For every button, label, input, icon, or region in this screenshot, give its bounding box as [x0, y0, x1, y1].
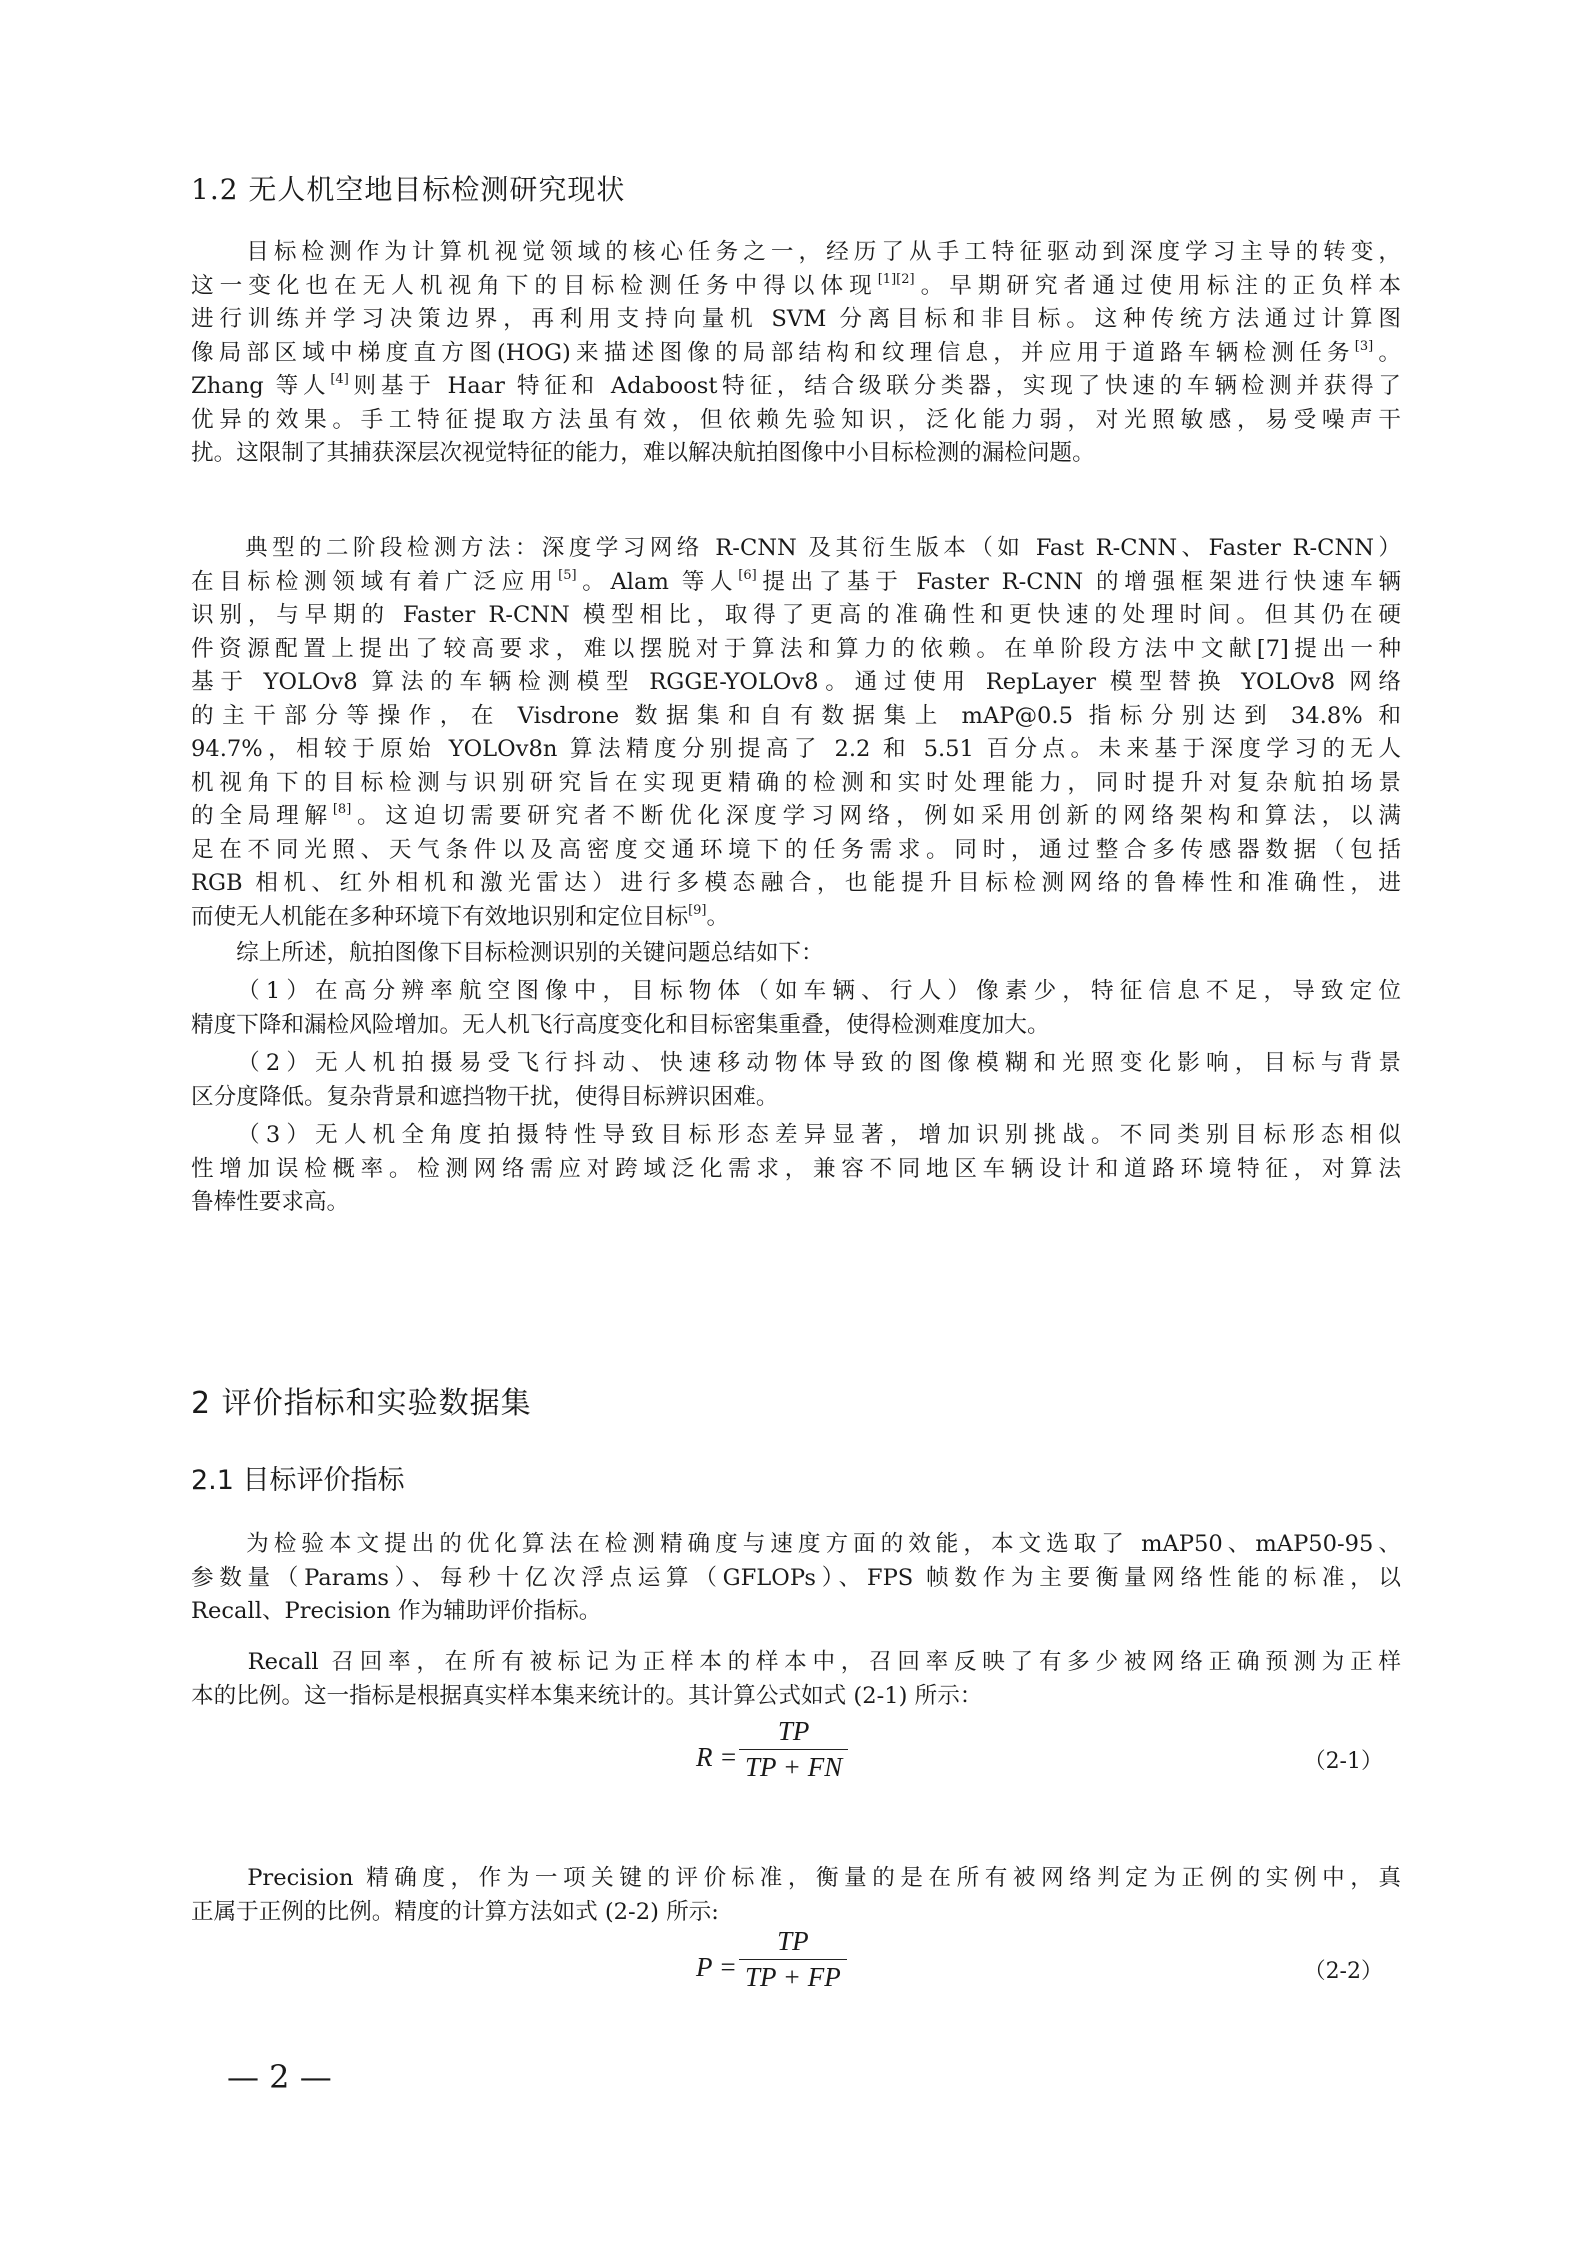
- equation-recall: R = TP TP + FN （2-1）: [191, 1716, 1401, 1806]
- text-line: 像局部区域中梯度直方图(HOG)来描述图像的局部结构和纹理信息，并应用于道路车辆…: [191, 337, 1401, 371]
- text-line: 扰。这限制了其捕获深层次视觉特征的能力，难以解决航拍图像中小目标检测的漏检问题。: [191, 437, 1401, 471]
- text-line: 机视角下的目标检测与识别研究旨在实现更精确的检测和实时处理能力，同时提升对复杂航…: [191, 767, 1401, 801]
- numerator: TP: [739, 1716, 848, 1747]
- list-item-1: （1）在高分辨率航空图像中，目标物体（如车辆、行人）像素少，特征信息不足，导致定…: [191, 975, 1401, 1042]
- text-line: （2）无人机拍摄易受飞行抖动、快速移动物体导致的图像模糊和光照变化影响，目标与背…: [191, 1047, 1401, 1081]
- citation: [1][2]: [878, 272, 915, 287]
- section-heading-1-2: 1.2 无人机空地目标检测研究现状: [191, 168, 625, 208]
- text-line: 的全局理解[8]。这迫切需要研究者不断优化深度学习网络，例如采用创新的网络架构和…: [191, 800, 1401, 834]
- paragraph-recall: Recall 召回率，在所有被标记为正样本的样本中，召回率反映了有多少被网络正确…: [191, 1646, 1401, 1713]
- text-line: 的主干部分等操作，在 Visdrone 数据集和自有数据集上 mAP@0.5 指…: [191, 700, 1401, 734]
- text-line: 参数量（Params）、每秒十亿次浮点运算（GFLOPs）、FPS 帧数作为主要…: [191, 1562, 1401, 1596]
- page-number: — 2 —: [227, 2058, 332, 2096]
- text-line: 典型的二阶段检测方法：深度学习网络 R-CNN 及其衍生版本（如 Fast R-…: [191, 532, 1401, 566]
- paragraph-two-stage: 典型的二阶段检测方法：深度学习网络 R-CNN 及其衍生版本（如 Fast R-…: [191, 532, 1401, 934]
- citation: [5]: [558, 568, 576, 583]
- text-line: 综上所述，航拍图像下目标检测识别的关键问题总结如下：: [191, 937, 1401, 971]
- text-line: 而使无人机能在多种环境下有效地识别和定位目标[9]。: [191, 901, 1401, 935]
- text-line: 基于 YOLOv8 算法的车辆检测模型 RGGE-YOLOv8。通过使用 Rep…: [191, 666, 1401, 700]
- text-line: Zhang 等人[4]则基于 Haar 特征和 Adaboost特征，结合级联分…: [191, 370, 1401, 404]
- text-line: Precision 精确度，作为一项关键的评价标准，衡量的是在所有被网络判定为正…: [191, 1862, 1401, 1896]
- fraction-bar: [739, 1749, 848, 1750]
- equation-number: （2-2）: [1304, 1954, 1383, 1985]
- text-line: 识别，与早期的 Faster R-CNN 模型相比，取得了更高的准确性和更快速的…: [191, 599, 1401, 633]
- text-line: 正属于正例的比例。精度的计算方法如式 (2-2) 所示:: [191, 1896, 1401, 1930]
- text-line: 这一变化也在无人机视角下的目标检测任务中得以体现[1][2]。早期研究者通过使用…: [191, 270, 1401, 304]
- citation: [3]: [1355, 339, 1373, 354]
- text-line: 目标检测作为计算机视觉领域的核心任务之一，经历了从手工特征驱动到深度学习主导的转…: [191, 236, 1401, 270]
- text-line: 精度下降和漏检风险增加。无人机飞行高度变化和目标密集重叠，使得检测难度加大。: [191, 1009, 1401, 1043]
- text-line: Recall 召回率，在所有被标记为正样本的样本中，召回率反映了有多少被网络正确…: [191, 1646, 1401, 1680]
- text-line: 件资源配置上提出了较高要求，难以摆脱对于算法和算力的依赖。在单阶段方法中文献[7…: [191, 633, 1401, 667]
- fraction-bar: [739, 1959, 847, 1960]
- numerator: TP: [739, 1926, 847, 1957]
- paragraph-summary-lead: 综上所述，航拍图像下目标检测识别的关键问题总结如下：: [191, 937, 1401, 971]
- citation: [6]: [738, 568, 756, 583]
- text-line: 优异的效果。手工特征提取方法虽有效，但依赖先验知识，泛化能力弱，对光照敏感，易受…: [191, 404, 1401, 438]
- list-item-3: （3）无人机全角度拍摄特性导致目标形态差异显著，增加识别挑战。不同类别目标形态相…: [191, 1119, 1401, 1220]
- fraction: TP TP + FN: [739, 1716, 848, 1783]
- text-line: 94.7%，相较于原始 YOLOv8n 算法精度分别提高了 2.2 和 5.51…: [191, 733, 1401, 767]
- text-line: 本的比例。这一指标是根据真实样本集来统计的。其计算公式如式 (2-1) 所示：: [191, 1680, 1401, 1714]
- equation-number: （2-1）: [1304, 1744, 1383, 1775]
- subsection-heading-2-1: 2.1 目标评价指标: [191, 1458, 405, 1497]
- denominator: TP + FN: [739, 1752, 848, 1783]
- text-line: 为检验本文提出的优化算法在检测精确度与速度方面的效能，本文选取了 mAP50、m…: [191, 1528, 1401, 1562]
- text-line: 进行训练并学习决策边界，再利用支持向量机 SVM 分离目标和非目标。这种传统方法…: [191, 303, 1401, 337]
- citation: [9]: [688, 903, 706, 918]
- equation-precision: P = TP TP + FP （2-2）: [191, 1926, 1401, 2016]
- text-line: （3）无人机全角度拍摄特性导致目标形态差异显著，增加识别挑战。不同类别目标形态相…: [191, 1119, 1401, 1153]
- list-item-2: （2）无人机拍摄易受飞行抖动、快速移动物体导致的图像模糊和光照变化影响，目标与背…: [191, 1047, 1401, 1114]
- equation-lhs: P =: [696, 1952, 737, 1983]
- text-line: （1）在高分辨率航空图像中，目标物体（如车辆、行人）像素少，特征信息不足，导致定…: [191, 975, 1401, 1009]
- text-line: Recall、Precision 作为辅助评价指标。: [191, 1595, 1401, 1629]
- text-line: 在目标检测领域有着广泛应用[5]。Alam 等人[6]提出了基于 Faster …: [191, 566, 1401, 600]
- text-line: 足在不同光照、天气条件以及高密度交通环境下的任务需求。同时，通过整合多传感器数据…: [191, 834, 1401, 868]
- equation-lhs: R =: [696, 1742, 737, 1773]
- section-heading-2: 2 评价指标和实验数据集: [191, 1378, 532, 1422]
- fraction: TP TP + FP: [739, 1926, 847, 1993]
- paragraph-precision: Precision 精确度，作为一项关键的评价标准，衡量的是在所有被网络判定为正…: [191, 1862, 1401, 1929]
- text-line: 性增加误检概率。检测网络需应对跨域泛化需求，兼容不同地区车辆设计和道路环境特征，…: [191, 1153, 1401, 1187]
- citation: [8]: [333, 802, 351, 817]
- citation: [4]: [330, 372, 348, 387]
- text-line: RGB 相机、红外相机和激光雷达）进行多模态融合，也能提升目标检测网络的鲁棒性和…: [191, 867, 1401, 901]
- denominator: TP + FP: [739, 1962, 847, 1993]
- text-line: 鲁棒性要求高。: [191, 1186, 1401, 1220]
- paragraph-metrics: 为检验本文提出的优化算法在检测精确度与速度方面的效能，本文选取了 mAP50、m…: [191, 1528, 1401, 1629]
- text-line: 区分度降低。复杂背景和遮挡物干扰，使得目标辨识困难。: [191, 1081, 1401, 1115]
- paragraph-intro: 目标检测作为计算机视觉领域的核心任务之一，经历了从手工特征驱动到深度学习主导的转…: [191, 236, 1401, 471]
